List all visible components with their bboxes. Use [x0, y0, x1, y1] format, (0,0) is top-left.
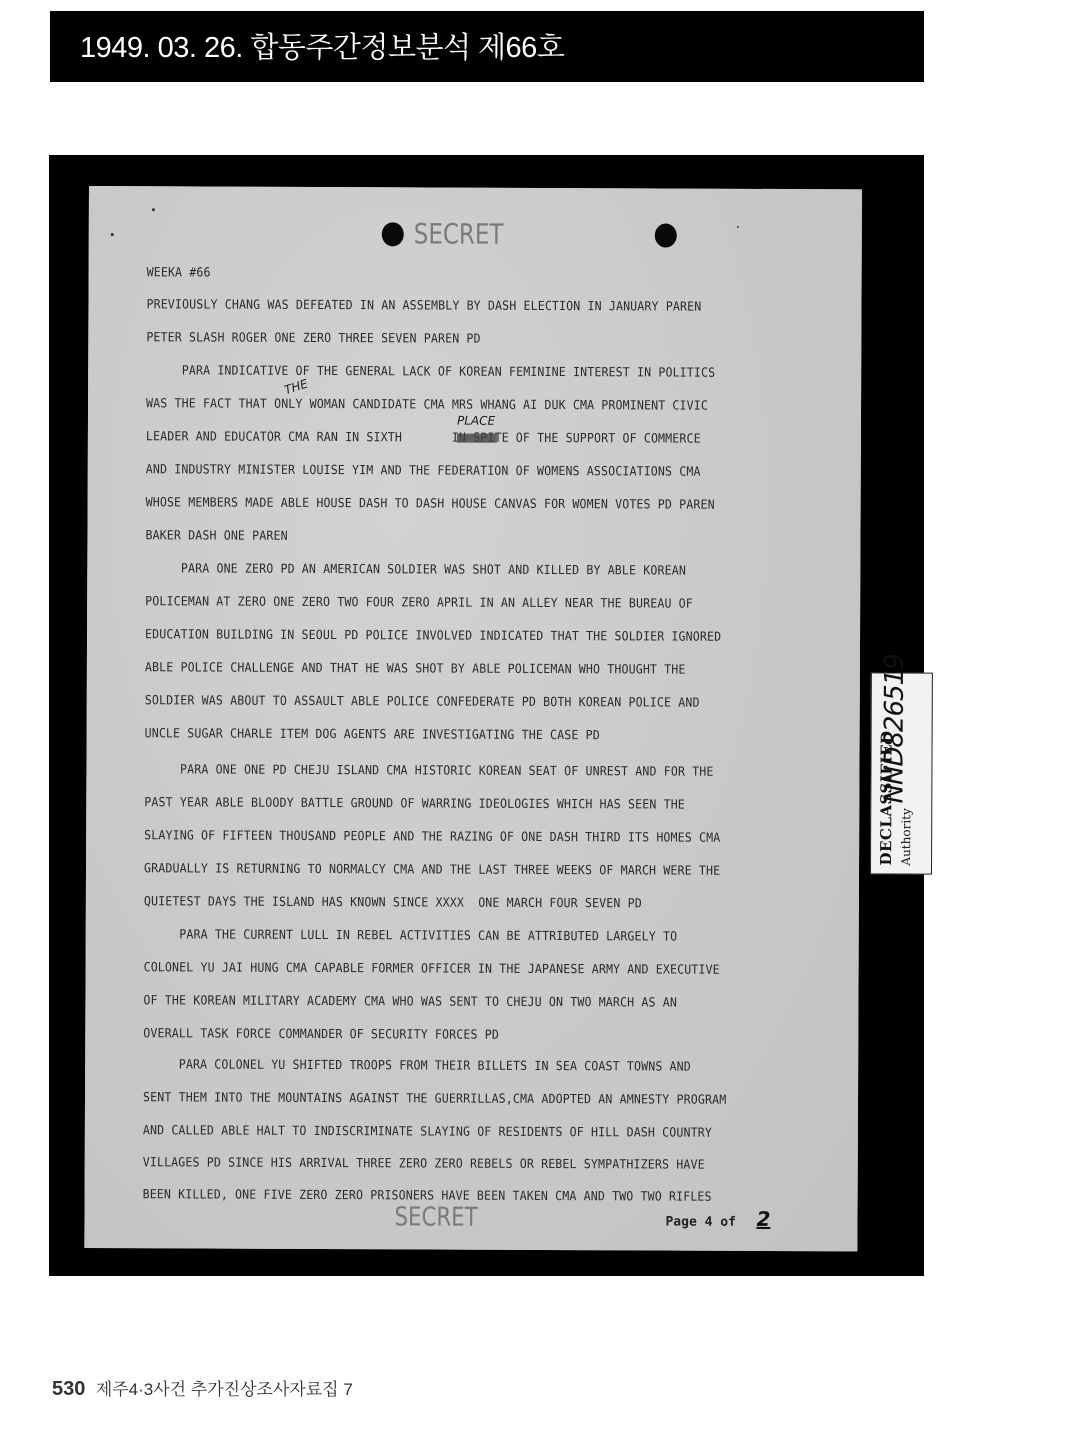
typewritten-page: SECRET WEEKA #66 PREVIOUSLY CHANG WAS DE…: [84, 186, 862, 1251]
page-total-handwritten: 2: [756, 1207, 770, 1231]
text-line: SENT THEM INTO THE MOUNTAINS AGAINST THE…: [143, 1089, 726, 1107]
secret-stamp-top: SECRET: [414, 217, 504, 250]
punch-hole-right: [655, 223, 677, 247]
text-line: PARA THE CURRENT LULL IN REBEL ACTIVITIE…: [144, 926, 678, 943]
paper-speck: [152, 208, 155, 211]
text-line: COLONEL YU JAI HUNG CMA CAPABLE FORMER O…: [144, 959, 720, 977]
paper-speck: [737, 226, 739, 228]
text-line: BEEN KILLED, ONE FIVE ZERO ZERO PRISONER…: [143, 1186, 712, 1203]
text-line: GRADUALLY IS RETURNING TO NORMALCY CMA A…: [144, 860, 720, 878]
handwritten-insert-place: PLACE: [457, 414, 495, 428]
text-line: QUIETEST DAYS THE ISLAND HAS KNOWN SINCE…: [144, 893, 642, 910]
document-reference: WEEKA #66: [147, 264, 211, 279]
text-line: PREVIOUSLY CHANG WAS DEFEATED IN AN ASSE…: [146, 296, 701, 313]
text-line: PARA ONE ONE PD CHEJU ISLAND CMA HISTORI…: [144, 761, 713, 778]
text-line: OVERALL TASK FORCE COMMANDER OF SECURITY…: [143, 1025, 499, 1042]
title-bar: 1949. 03. 26. 합동주간정보분석 제66호: [50, 11, 924, 82]
document-photo: SECRET WEEKA #66 PREVIOUSLY CHANG WAS DE…: [49, 155, 924, 1276]
footer-page-number: 530: [52, 1378, 85, 1400]
text-line: SLAYING OF FIFTEEN THOUSAND PEOPLE AND T…: [144, 827, 720, 845]
declassified-stamp: DECLASSIFIED Authority NND826519: [870, 672, 933, 874]
page-title: 1949. 03. 26. 합동주간정보분석 제66호: [80, 25, 564, 66]
handwritten-insert-the: THE: [283, 377, 310, 398]
text-line: POLICEMAN AT ZERO ONE ZERO TWO FOUR ZERO…: [145, 593, 693, 610]
text-line: BAKER DASH ONE PAREN: [145, 527, 287, 543]
page-indicator: Page 4 of: [665, 1215, 736, 1230]
text-line: ABLE POLICE CHALLENGE AND THAT HE WAS SH…: [145, 659, 686, 676]
text-line: AND INDUSTRY MINISTER LOUISE YIM AND THE…: [146, 461, 701, 478]
paper-speck: [111, 233, 114, 236]
struck-out-word: [457, 434, 497, 443]
text-line: EDUCATION BUILDING IN SEOUL PD POLICE IN…: [145, 626, 721, 644]
text-line: SOLDIER WAS ABOUT TO ASSAULT ABLE POLICE…: [145, 692, 700, 709]
authority-code: NND826519: [879, 654, 910, 803]
footer-book-title: 제주4·3사건 추가진상조사자료집 7: [96, 1380, 353, 1399]
text-line: UNCLE SUGAR CHARLE ITEM DOG AGENTS ARE I…: [145, 725, 600, 742]
text-line: OF THE KOREAN MILITARY ACADEMY CMA WHO W…: [143, 992, 677, 1009]
text-line: PARA COLONEL YU SHIFTED TROOPS FROM THEI…: [143, 1056, 691, 1073]
text-line: WHOSE MEMBERS MADE ABLE HOUSE DASH TO DA…: [146, 494, 715, 511]
text-line: LEADER AND EDUCATOR CMA RAN IN SIXTH IN …: [146, 428, 701, 445]
secret-stamp-bottom: SECRET: [394, 1202, 477, 1232]
text-line: PARA INDICATIVE OF THE GENERAL LACK OF K…: [146, 362, 715, 379]
text-line: PETER SLASH ROGER ONE ZERO THREE SEVEN P…: [146, 329, 480, 345]
text-line: AND CALLED ABLE HALT TO INDISCRIMINATE S…: [143, 1122, 712, 1139]
text-line: PAST YEAR ABLE BLOODY BATTLE GROUND OF W…: [144, 794, 685, 811]
text-line: VILLAGES PD SINCE HIS ARRIVAL THREE ZERO…: [143, 1154, 705, 1171]
text-line: WAS THE FACT THAT ONLY WOMAN CANDIDATE C…: [146, 395, 708, 412]
text-line: PARA ONE ZERO PD AN AMERICAN SOLDIER WAS…: [145, 560, 686, 577]
page-footer: 530 제주4·3사건 추가진상조사자료집 7: [52, 1375, 353, 1401]
punch-hole-left: [382, 222, 404, 246]
authority-label: Authority: [899, 808, 913, 865]
